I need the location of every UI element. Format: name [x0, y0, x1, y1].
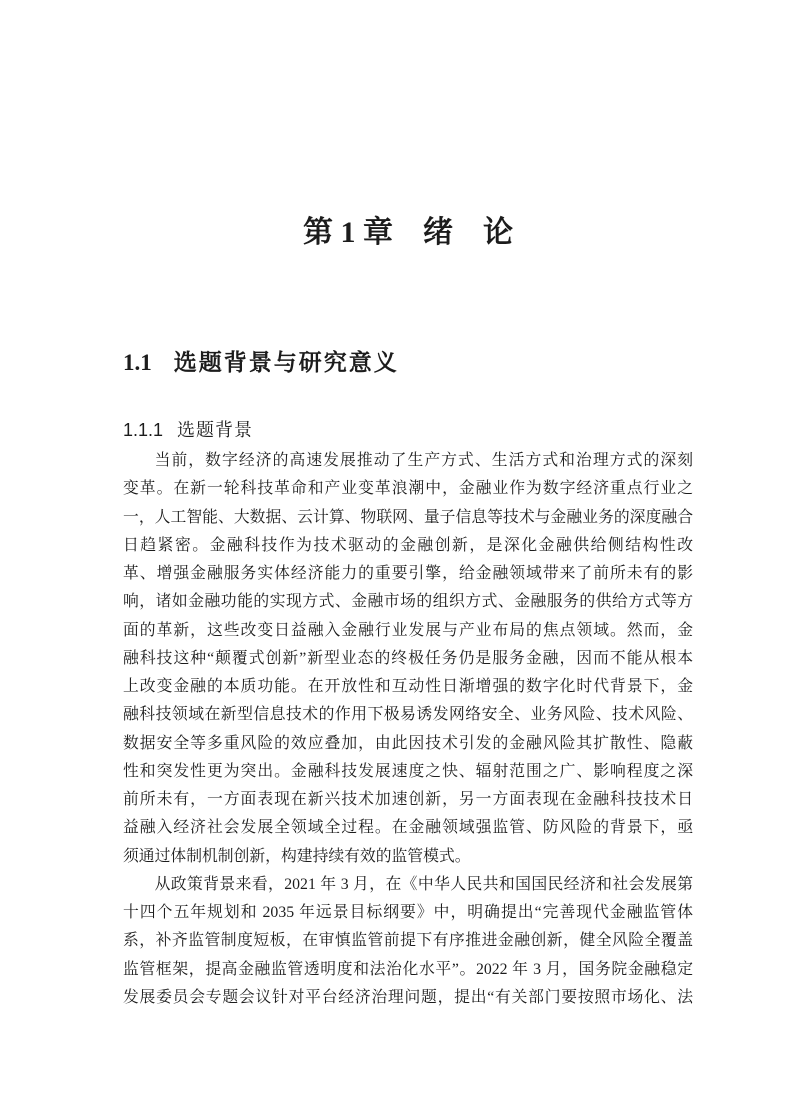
body-line: 前所未有，一方面表现在新兴技术加速创新，另一方面表现在金融科技技术日	[123, 786, 693, 814]
section-number: 1.1	[123, 350, 152, 375]
body-line: 十四个五年规划和 2035 年远景目标纲要》中，明确提出“完善现代金融监管体	[123, 899, 693, 927]
body-line: 响，诸如金融功能的实现方式、金融市场的组织方式、金融服务的供给方式等方	[123, 588, 693, 616]
body-line: 须通过体制机制创新，构建持续有效的监管模式。	[123, 843, 693, 871]
document-page: 第 1 章 绪 论 1.1选题背景与研究意义 1.1.1选题背景 当前，数字经济…	[0, 0, 799, 1118]
body-line: 面的革新，这些改变日益融入金融行业发展与产业布局的焦点领域。然而，金	[123, 617, 693, 645]
section-title: 选题背景与研究意义	[174, 349, 399, 375]
section-heading: 1.1选题背景与研究意义	[123, 347, 693, 378]
body-line: 融科技这种“颠覆式创新”新型业态的终极任务仍是服务金融，因而不能从根本	[123, 645, 693, 673]
body-line: 融科技领域在新型信息技术的作用下极易诱发网络安全、业务风险、技术风险、	[123, 701, 693, 729]
body-line: 从政策背景来看，2021 年 3 月，在《中华人民共和国国民经济和社会发展第	[123, 871, 693, 899]
body-line: 性和突发性更为突出。金融科技发展速度之快、辐射范围之广、影响程度之深	[123, 758, 693, 786]
body-text: 当前，数字经济的高速发展推动了生产方式、生活方式和治理方式的深刻变革。在新一轮科…	[123, 447, 693, 1012]
body-line: 系，补齐监管制度短板，在审慎监管前提下有序推进金融创新，健全风险全覆盖	[123, 927, 693, 955]
body-line: 监管框架，提高金融监管透明度和法治化水平”。2022 年 3 月，国务院金融稳定	[123, 956, 693, 984]
chapter-title: 第 1 章 绪 论	[123, 214, 693, 252]
body-line: 益融入经济社会发展全领域全过程。在金融领域强监管、防风险的背景下，亟	[123, 814, 693, 842]
body-line: 发展委员会专题会议针对平台经济治理问题，提出“有关部门要按照市场化、法	[123, 984, 693, 1012]
body-line: 上改变金融的本质功能。在开放性和互动性日渐增强的数字化时代背景下，金	[123, 673, 693, 701]
paragraph-2: 从政策背景来看，2021 年 3 月，在《中华人民共和国国民经济和社会发展第十四…	[123, 871, 693, 1012]
body-line: 当前，数字经济的高速发展推动了生产方式、生活方式和治理方式的深刻	[123, 447, 693, 475]
body-line: 日趋紧密。金融科技作为技术驱动的金融创新，是深化金融供给侧结构性改	[123, 532, 693, 560]
body-line: 一，人工智能、大数据、云计算、物联网、量子信息等技术与金融业务的深度融合	[123, 504, 693, 532]
body-line: 数据安全等多重风险的效应叠加，由此因技术引发的金融风险其扩散性、隐蔽	[123, 730, 693, 758]
subsection-heading: 1.1.1选题背景	[123, 418, 693, 442]
subsection-title: 选题背景	[177, 420, 253, 440]
paragraph-1: 当前，数字经济的高速发展推动了生产方式、生活方式和治理方式的深刻变革。在新一轮科…	[123, 447, 693, 871]
body-line: 变革。在新一轮科技革命和产业变革浪潮中，金融业作为数字经济重点行业之	[123, 475, 693, 503]
subsection-number: 1.1.1	[123, 420, 163, 440]
body-line: 革、增强金融服务实体经济能力的重要引擎，给金融领域带来了前所未有的影	[123, 560, 693, 588]
